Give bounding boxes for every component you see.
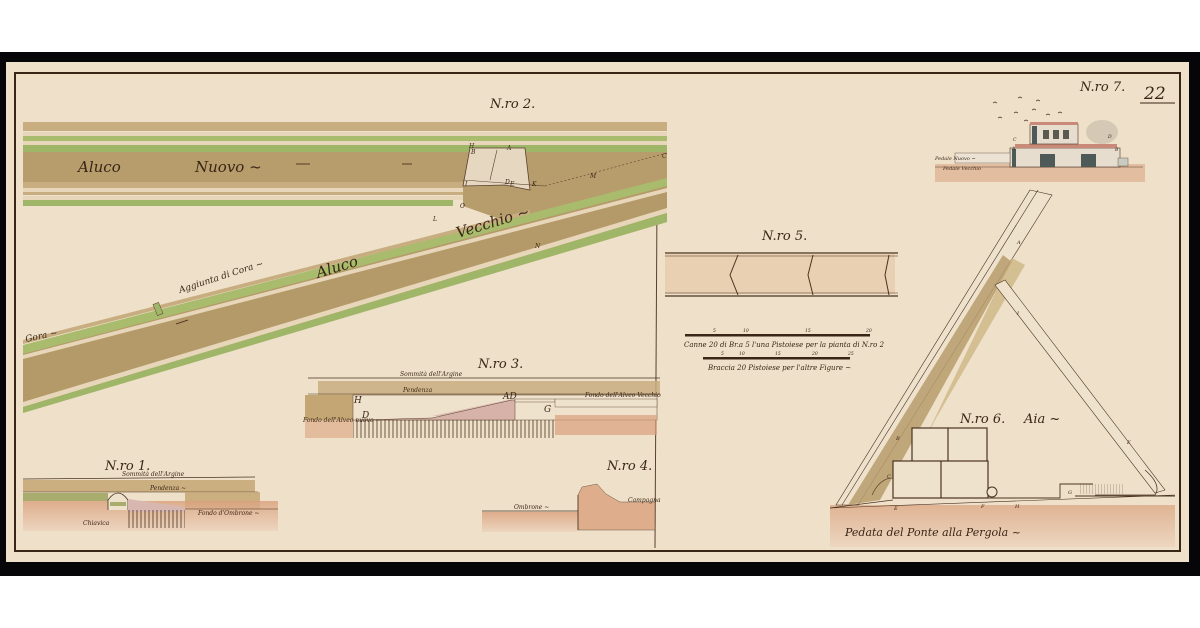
page-number: 22 [1143,84,1166,104]
figure-6-plan [830,190,1175,547]
figure-3-section [305,378,660,438]
fig1-fondo-ombrone-label: Fondo d'Ombrone ~ [197,510,259,517]
figure-4-section [482,484,655,532]
figure-4-label: N.ro 4. [606,459,652,474]
svg-text:25: 25 [847,351,854,357]
svg-text:K: K [1126,440,1131,446]
fig3-pendenza-label: Pendenza [402,387,433,394]
svg-text:K: K [531,181,537,188]
figure-3-label: N.ro 3. [477,357,523,372]
scale2-ticks: 5 10 15 20 25 [721,351,854,357]
svg-text:C: C [887,474,891,480]
figure-5-label: N.ro 5. [761,229,807,244]
figure-6-label: N.ro 6. [959,412,1005,427]
svg-text:5: 5 [713,328,716,334]
svg-text:E: E [509,181,515,188]
fig7-pedale-nuovo-label: Pedale Nuovo ~ [934,156,976,162]
svg-text:10: 10 [743,328,749,334]
figure-5-plan [665,253,898,296]
svg-text:10: 10 [739,351,745,357]
svg-text:B: B [1114,147,1119,153]
drawing-canvas: 22 N.ro 2. Aluco Nuovo [0,0,1200,628]
svg-text:E: E [893,506,898,512]
fig7-pedale-vecchio-label: Pedale Vecchio [942,166,981,172]
svg-text:15: 15 [805,328,811,334]
svg-text:D: D [361,411,369,421]
svg-text:H: H [1014,504,1020,510]
svg-text:C: C [1013,137,1017,143]
aluco-nuovo-word-2: Nuovo ~ [194,158,262,176]
fig3-sommita-label: Sommità dell'Argine [400,371,463,378]
svg-text:B: B [895,436,900,442]
svg-text:5: 5 [721,351,724,357]
aluco-nuovo-word-1: Aluco [76,158,121,176]
svg-text:15: 15 [775,351,781,357]
scale1-caption: Canne 20 di Br.a 5 l'una Pistoiese per l… [684,341,885,349]
scale1-ticks: 5 10 15 20 [713,328,872,334]
svg-text:O: O [460,203,465,210]
fig1-pendenza-label: Pendenza ~ [149,485,186,492]
fig4-campagna-label: Campagna [628,497,661,504]
fig6-caption: Pedata del Ponte alla Pergola ~ [844,526,1021,539]
svg-text:AD: AD [502,392,517,402]
svg-text:F: F [980,504,985,510]
fig1-chiavica-label: Chiavica [83,520,110,527]
figure-2-label: N.ro 2. [489,97,535,112]
svg-text:H: H [353,396,362,406]
svg-text:G: G [1068,490,1072,496]
scale2-caption: Braccia 20 Pistoiese per l'altre Figure … [707,364,851,372]
figure-7-label: N.ro 7. [1079,80,1125,95]
svg-text:D: D [1107,134,1112,140]
birds [993,97,1062,121]
svg-text:N: N [534,243,541,250]
fig3-fondo-vecchio-label: Fondo dell'Alveo Vecchio [584,392,661,399]
svg-text:A: A [506,145,512,152]
svg-text:L: L [432,216,437,223]
fig1-sommita-label: Sommità dell'Argine [122,471,185,478]
svg-text:20: 20 [811,351,818,357]
svg-text:A: A [1016,240,1021,246]
fig4-ombrone-label: Ombrone ~ [514,504,549,511]
svg-text:B: B [470,149,476,156]
svg-text:C: C [662,153,667,160]
fig6-aia-label: Aia ~ [1023,412,1060,427]
svg-text:20: 20 [865,328,872,334]
svg-text:M: M [589,173,597,180]
svg-text:G: G [544,405,551,415]
